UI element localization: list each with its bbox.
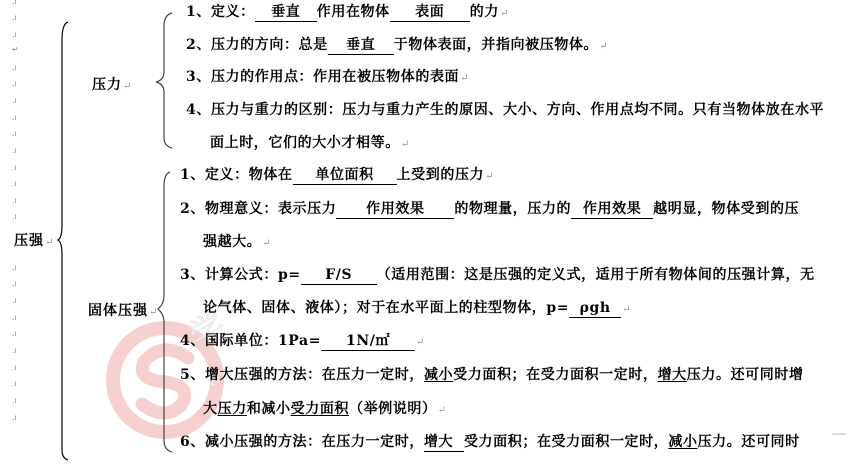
pressure-item-3: 3、压力的作用点：作用在被压物体的表面↵ [186, 68, 469, 88]
solid-item-2-continuation: 强越大。↵ [203, 233, 271, 253]
paragraph-mark-icon: ↵ [262, 238, 271, 249]
underlined-answer: 受力面积 [291, 401, 349, 417]
text: 受力面积；在受力面积一定时， [453, 367, 657, 383]
answer-blank: 1N/㎡ [321, 334, 415, 351]
answer-blank: 表面 [390, 5, 470, 22]
pressure-item-4: 4、压力与重力的区别：压力与重力产生的原因、大小、方向、作用点均不同。只有当物体… [186, 101, 824, 119]
text: 6、减小压强的方法：在压力一定时， [180, 434, 424, 450]
text: 大 [203, 401, 218, 417]
paragraph-mark-icon: ↵ [460, 73, 469, 84]
paragraph-mark-icon: ↵ [500, 8, 509, 19]
solid-item-5: 5、增大压强的方法：在压力一定时，减小受力面积；在受力面积一定时，增大压力。还可… [180, 366, 804, 384]
text: 越明显，物体受到的压 [653, 201, 799, 217]
answer-blank: 作用效果 [571, 202, 653, 219]
text: （举例说明） [349, 401, 437, 417]
text: 的力 [470, 4, 499, 20]
paragraph-mark-icon: ↵ [45, 237, 54, 248]
underlined-answer: 压力 [218, 401, 247, 417]
underlined-answer: 减小 [668, 434, 697, 450]
answer-blank: 增大 [424, 435, 464, 452]
section-label-text: 固体压强 [88, 303, 148, 319]
text: 2、物理意义：表示压力 [180, 201, 336, 217]
text: 于物体表面，并指向被压物体。 [394, 37, 598, 53]
paragraph-mark-icon: ↵ [599, 41, 608, 52]
answer-blank: ρgh [569, 301, 621, 318]
answer-blank: 单位面积 [293, 168, 397, 185]
solid-item-6: 6、减小压强的方法：在压力一定时，增大受力面积；在受力面积一定时，减小压力。还可… [180, 433, 800, 452]
section-label-text: 压力 [92, 77, 122, 93]
text: 4、国际单位：1Pa= [180, 333, 321, 349]
text: 压力。还可同时增 [687, 367, 804, 383]
root-topic-text: 压强 [14, 233, 44, 249]
text: 1、定义： [186, 4, 255, 20]
paragraph-mark-icon: ↵ [485, 171, 494, 182]
text: 上受到的压力 [397, 167, 485, 183]
answer-blank: 作用效果 [336, 202, 454, 219]
paragraph-mark-icon: ↵ [123, 81, 132, 92]
paragraph-mark-icon: ↵ [149, 307, 158, 318]
text: 论气体、固体、液体）；对于在水平面上的柱型物体，p= [203, 300, 569, 316]
text: 4、压力与重力的区别：压力与重力产生的原因、大小、方向、作用点均不同。只有当物体… [186, 102, 824, 118]
paragraph-mark-icon: ↵ [438, 405, 447, 416]
pressure-item-4-continuation: 面上时，它们的大小才相等。↵ [210, 134, 410, 154]
pressure-item-1: 1、定义：垂直作用在物体表面的力↵ [186, 3, 509, 23]
document-page: 学 WW .ı .ı .ı ↵ .ı .ı .ı .ı .ı .ı .ı .ı … [0, 0, 849, 464]
solid-item-3-continuation: 论气体、固体、液体）；对于在水平面上的柱型物体，p=ρgh↵ [203, 299, 631, 319]
text: 1、定义：物体在 [180, 167, 293, 183]
solid-item-3: 3、计算公式：p=F/S（适用范围：这是压强的定义式，适用于所有物体间的压强计算… [180, 266, 815, 285]
paragraph-mark-icon: ↵ [401, 139, 410, 150]
section-label-solid-pressure: 固体压强↵ [88, 302, 158, 322]
text: 3、压力的作用点：作用在被压物体的表面 [186, 69, 459, 85]
text: 压力。还可同时 [698, 434, 800, 450]
text: 面上时，它们的大小才相等。 [210, 135, 400, 151]
text: 2、压力的方向：总是 [186, 37, 328, 53]
section-label-pressure: 压力↵ [92, 76, 132, 96]
text: 的物理量，压力的 [454, 201, 571, 217]
underlined-answer: 减小 [424, 367, 453, 383]
text: 5、增大压强的方法：在压力一定时， [180, 367, 424, 383]
pressure-item-2: 2、压力的方向：总是垂直于物体表面，并指向被压物体。↵ [186, 36, 608, 56]
text: 和减小 [247, 401, 291, 417]
text: 作用在物体 [317, 4, 390, 20]
text: 3、计算公式：p= [180, 267, 301, 283]
solid-item-5-continuation: 大压力和减小受力面积（举例说明）↵ [203, 400, 447, 420]
answer-blank: 垂直 [255, 5, 317, 22]
solid-item-4: 4、国际单位：1Pa=1N/㎡↵ [180, 332, 425, 352]
text: （适用范围：这是压强的定义式，适用于所有物体间的压强计算，无 [377, 267, 815, 283]
underlined-answer: 增大 [658, 367, 687, 383]
text: 受力面积；在受力面积一定时， [464, 434, 668, 450]
solid-item-2: 2、物理意义：表示压力作用效果的物理量，压力的作用效果越明显，物体受到的压 [180, 200, 799, 219]
answer-blank: 垂直 [328, 38, 394, 55]
solid-item-1: 1、定义：物体在单位面积上受到的压力↵ [180, 166, 494, 186]
root-topic-label: 压强↵ [14, 232, 54, 252]
paragraph-mark-icon: ↵ [622, 304, 631, 315]
answer-blank: F/S [301, 268, 377, 285]
text: 强越大。 [203, 234, 261, 250]
paragraph-mark-icon: ↵ [416, 337, 425, 348]
